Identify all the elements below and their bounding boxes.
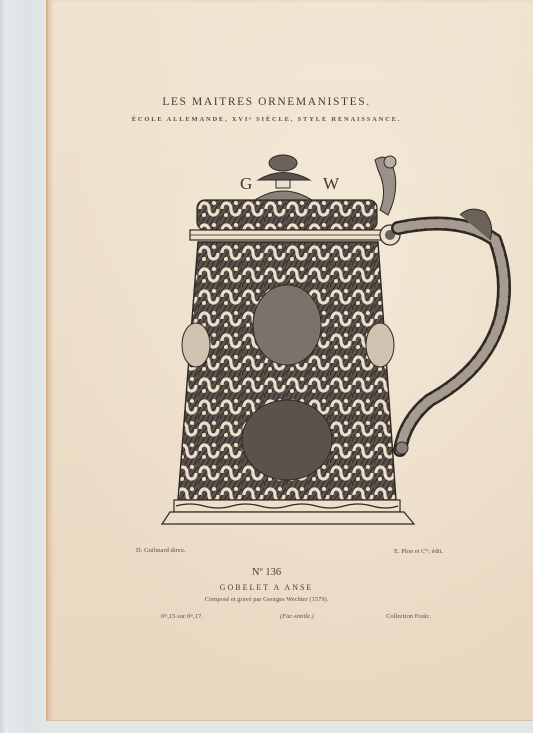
publisher-credit: E. Plon et Cⁱᵉ, édit. — [394, 547, 443, 555]
plate-title: GOBELET A ANSE — [0, 583, 533, 592]
frog-finial — [255, 155, 312, 200]
director-credit: D. Guilmard direx. — [136, 547, 185, 554]
facsimile-note: (Fac-simile.) — [280, 613, 314, 620]
plate-dimensions: 0ᵐ,15 sur 0ᵐ,17. — [161, 613, 203, 620]
page-bottom-edge — [46, 720, 533, 733]
series-subtitle: ÉCOLE ALLEMANDE, XVIᵉ SIÈCLE, STYLE RENA… — [0, 116, 533, 123]
tankard-engraving — [150, 145, 520, 535]
collection-credit: Collection Foulc. — [386, 613, 431, 620]
engraver-credit: Composé et gravé par Georges Wechter (15… — [0, 596, 533, 603]
plate-number: Nº 136 — [0, 567, 533, 578]
series-title: LES MAITRES ORNEMANISTES. — [0, 96, 533, 108]
